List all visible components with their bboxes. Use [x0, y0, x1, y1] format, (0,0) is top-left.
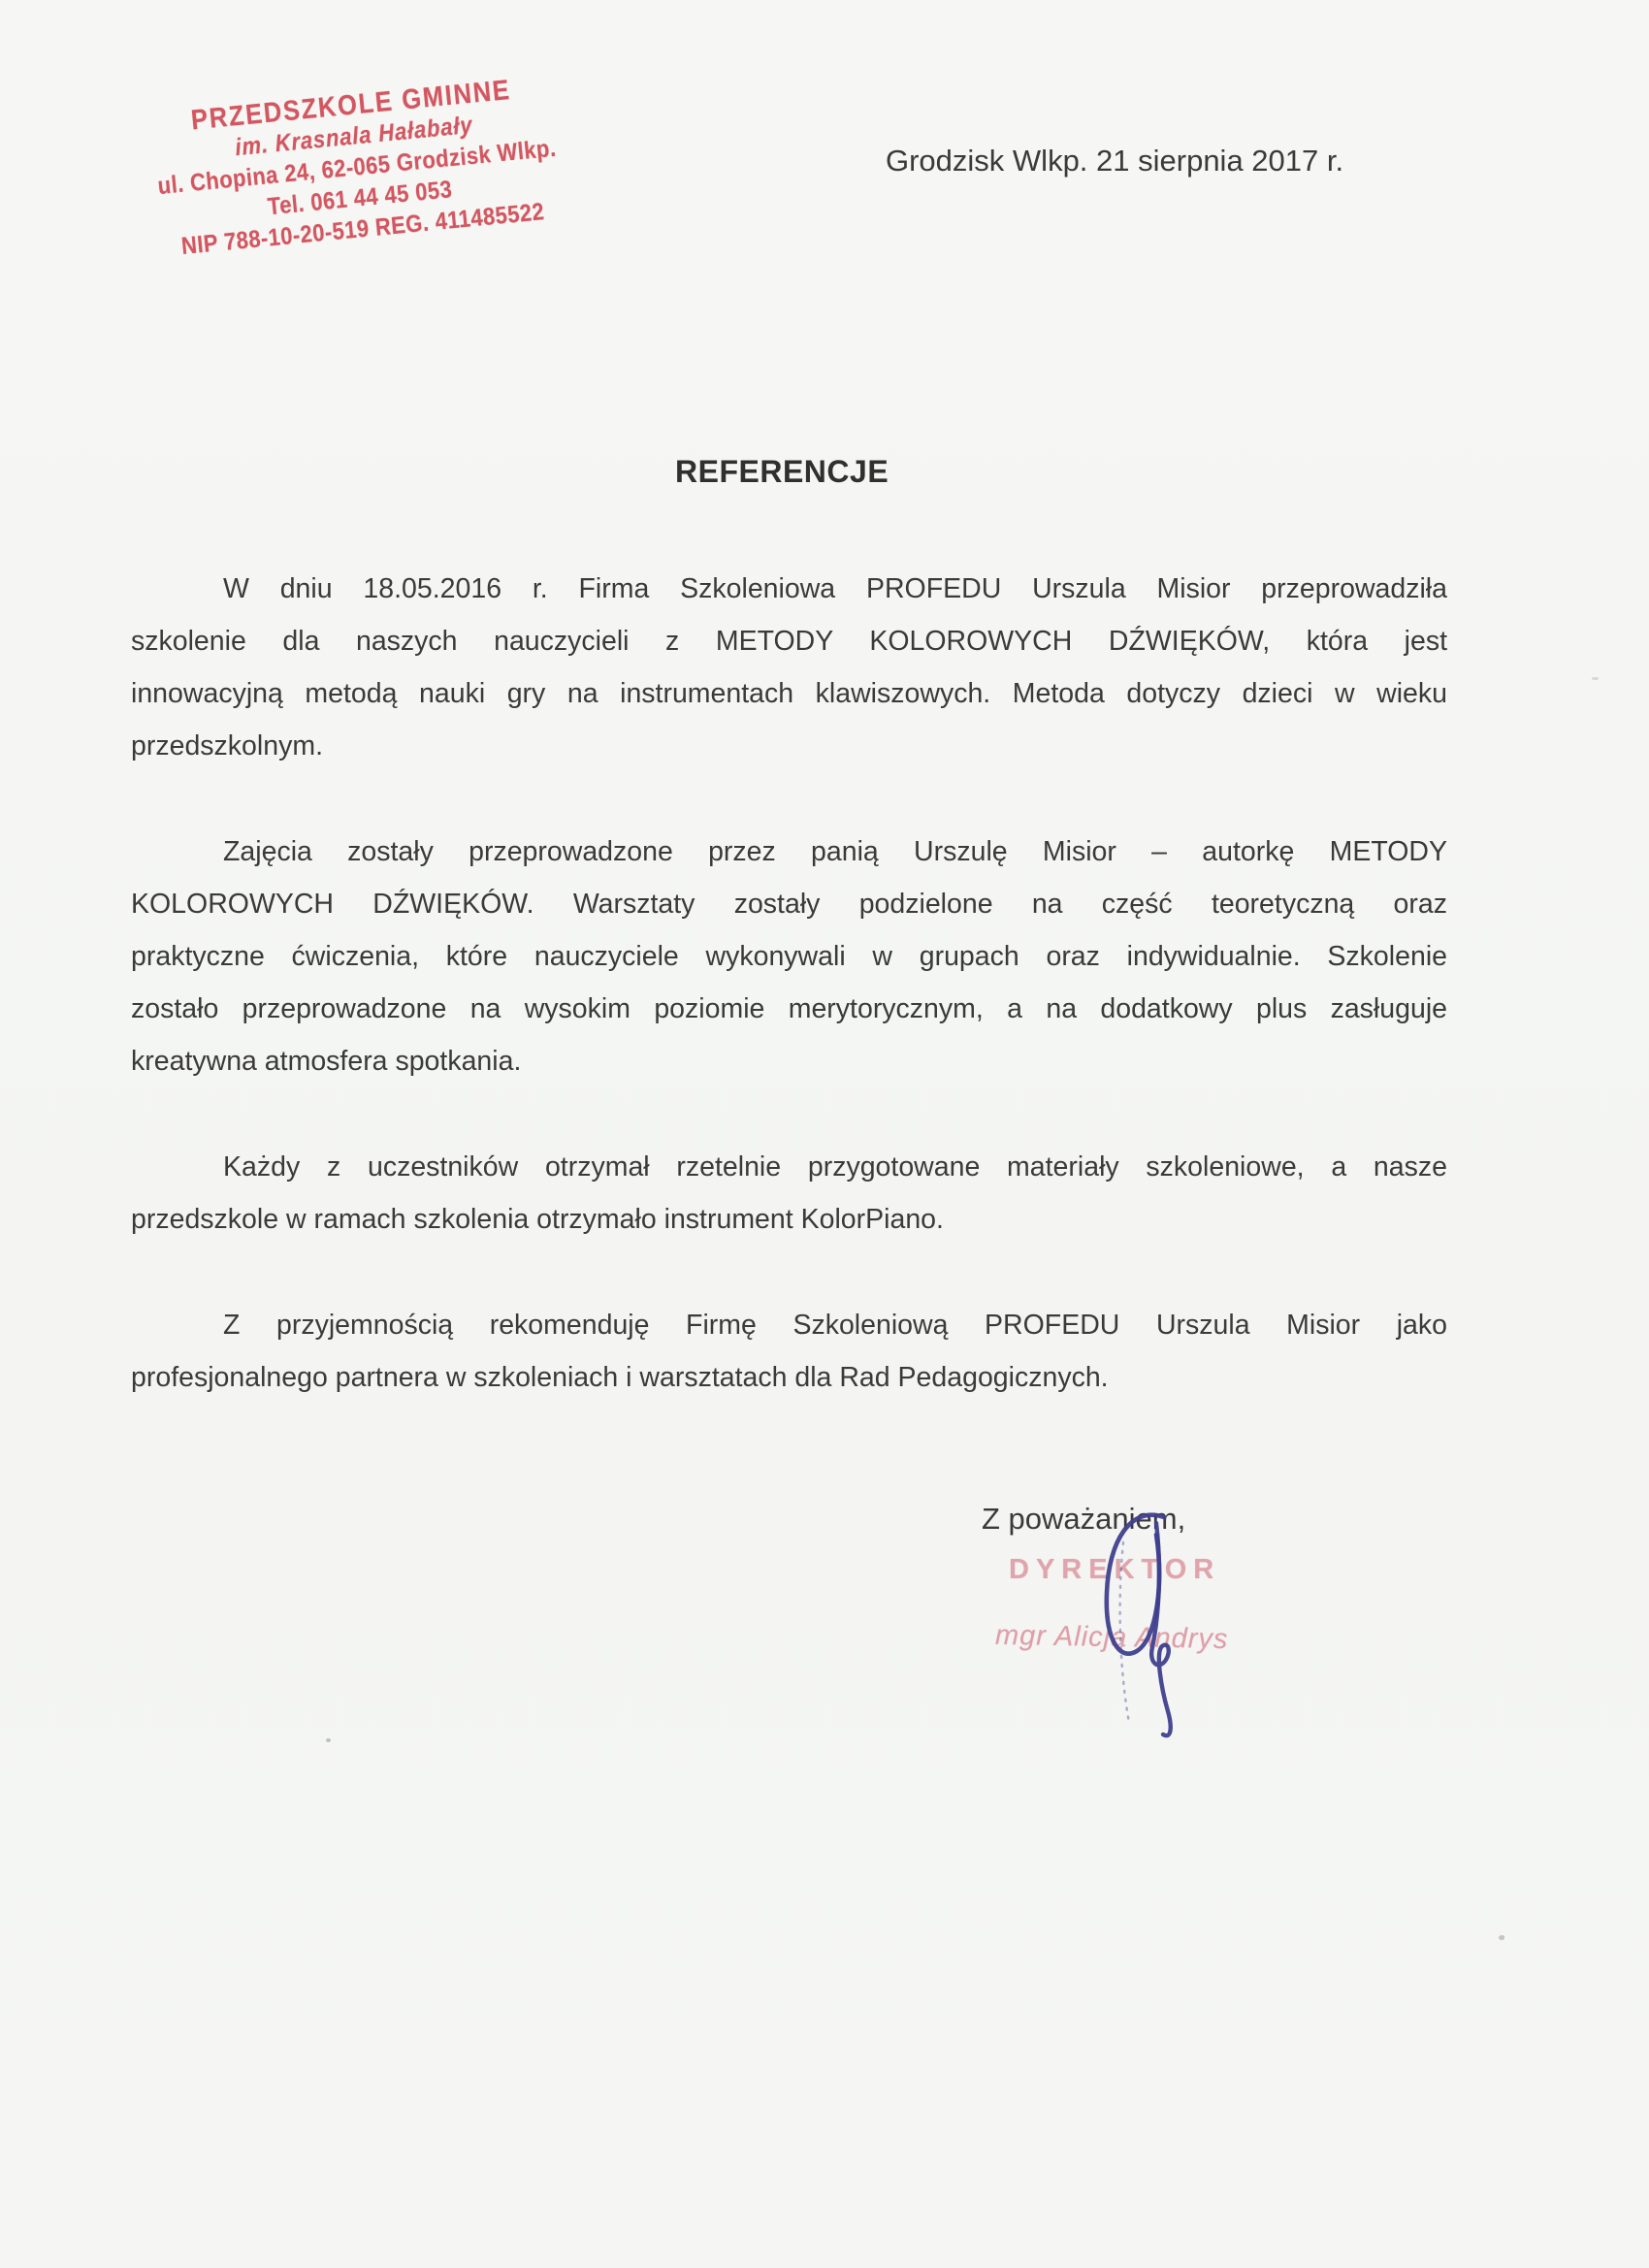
text-line: przedszkolnym. — [131, 720, 1447, 772]
text-line: szkolenie dla naszych nauczycieli z METO… — [131, 615, 1447, 667]
text-line: zostało przeprowadzone na wysokim poziom… — [131, 983, 1447, 1035]
handwritten-signature — [1094, 1504, 1220, 1746]
paragraph: Zajęcia zostały przeprowadzone przez pan… — [131, 826, 1447, 1087]
paragraph: W dniu 18.05.2016 r. Firma Szkoleniowa P… — [131, 563, 1447, 772]
paragraph: Z przyjemnością rekomenduję Firmę Szkole… — [131, 1299, 1447, 1404]
scan-speck — [1499, 1935, 1504, 1940]
letterhead-stamp: PRZEDSZKOLE GMINNE im. Krasnala Hałabały… — [145, 70, 568, 265]
scan-speck — [1592, 677, 1599, 680]
text-line: Każdy z uczestników otrzymał rzetelnie p… — [131, 1141, 1447, 1193]
scan-speck — [592, 908, 596, 912]
letter-title: REFERENCJE — [675, 454, 889, 490]
text-line: Zajęcia zostały przeprowadzone przez pan… — [131, 826, 1447, 878]
text-line: profesjonalnego partnera w szkoleniach i… — [131, 1351, 1447, 1404]
letter-body: W dniu 18.05.2016 r. Firma Szkoleniowa P… — [131, 563, 1447, 1457]
text-line: praktyczne ćwiczenia, które nauczyciele … — [131, 930, 1447, 983]
text-line: innowacyjną metodą nauki gry na instrume… — [131, 667, 1447, 720]
text-line: kreatywna atmosfera spotkania. — [131, 1035, 1447, 1087]
text-line: Z przyjemnością rekomenduję Firmę Szkole… — [131, 1299, 1447, 1351]
scan-speck — [326, 1738, 331, 1742]
text-line: przedszkole w ramach szkolenia otrzymało… — [131, 1193, 1447, 1246]
paragraph: Każdy z uczestników otrzymał rzetelnie p… — [131, 1141, 1447, 1246]
text-line: KOLOROWYCH DŹWIĘKÓW. Warsztaty zostały p… — [131, 878, 1447, 930]
scanned-letter-page: PRZEDSZKOLE GMINNE im. Krasnala Hałabały… — [0, 0, 1649, 2268]
text-line: W dniu 18.05.2016 r. Firma Szkoleniowa P… — [131, 563, 1447, 615]
dateline: Grodzisk Wlkp. 21 sierpnia 2017 r. — [886, 144, 1343, 178]
